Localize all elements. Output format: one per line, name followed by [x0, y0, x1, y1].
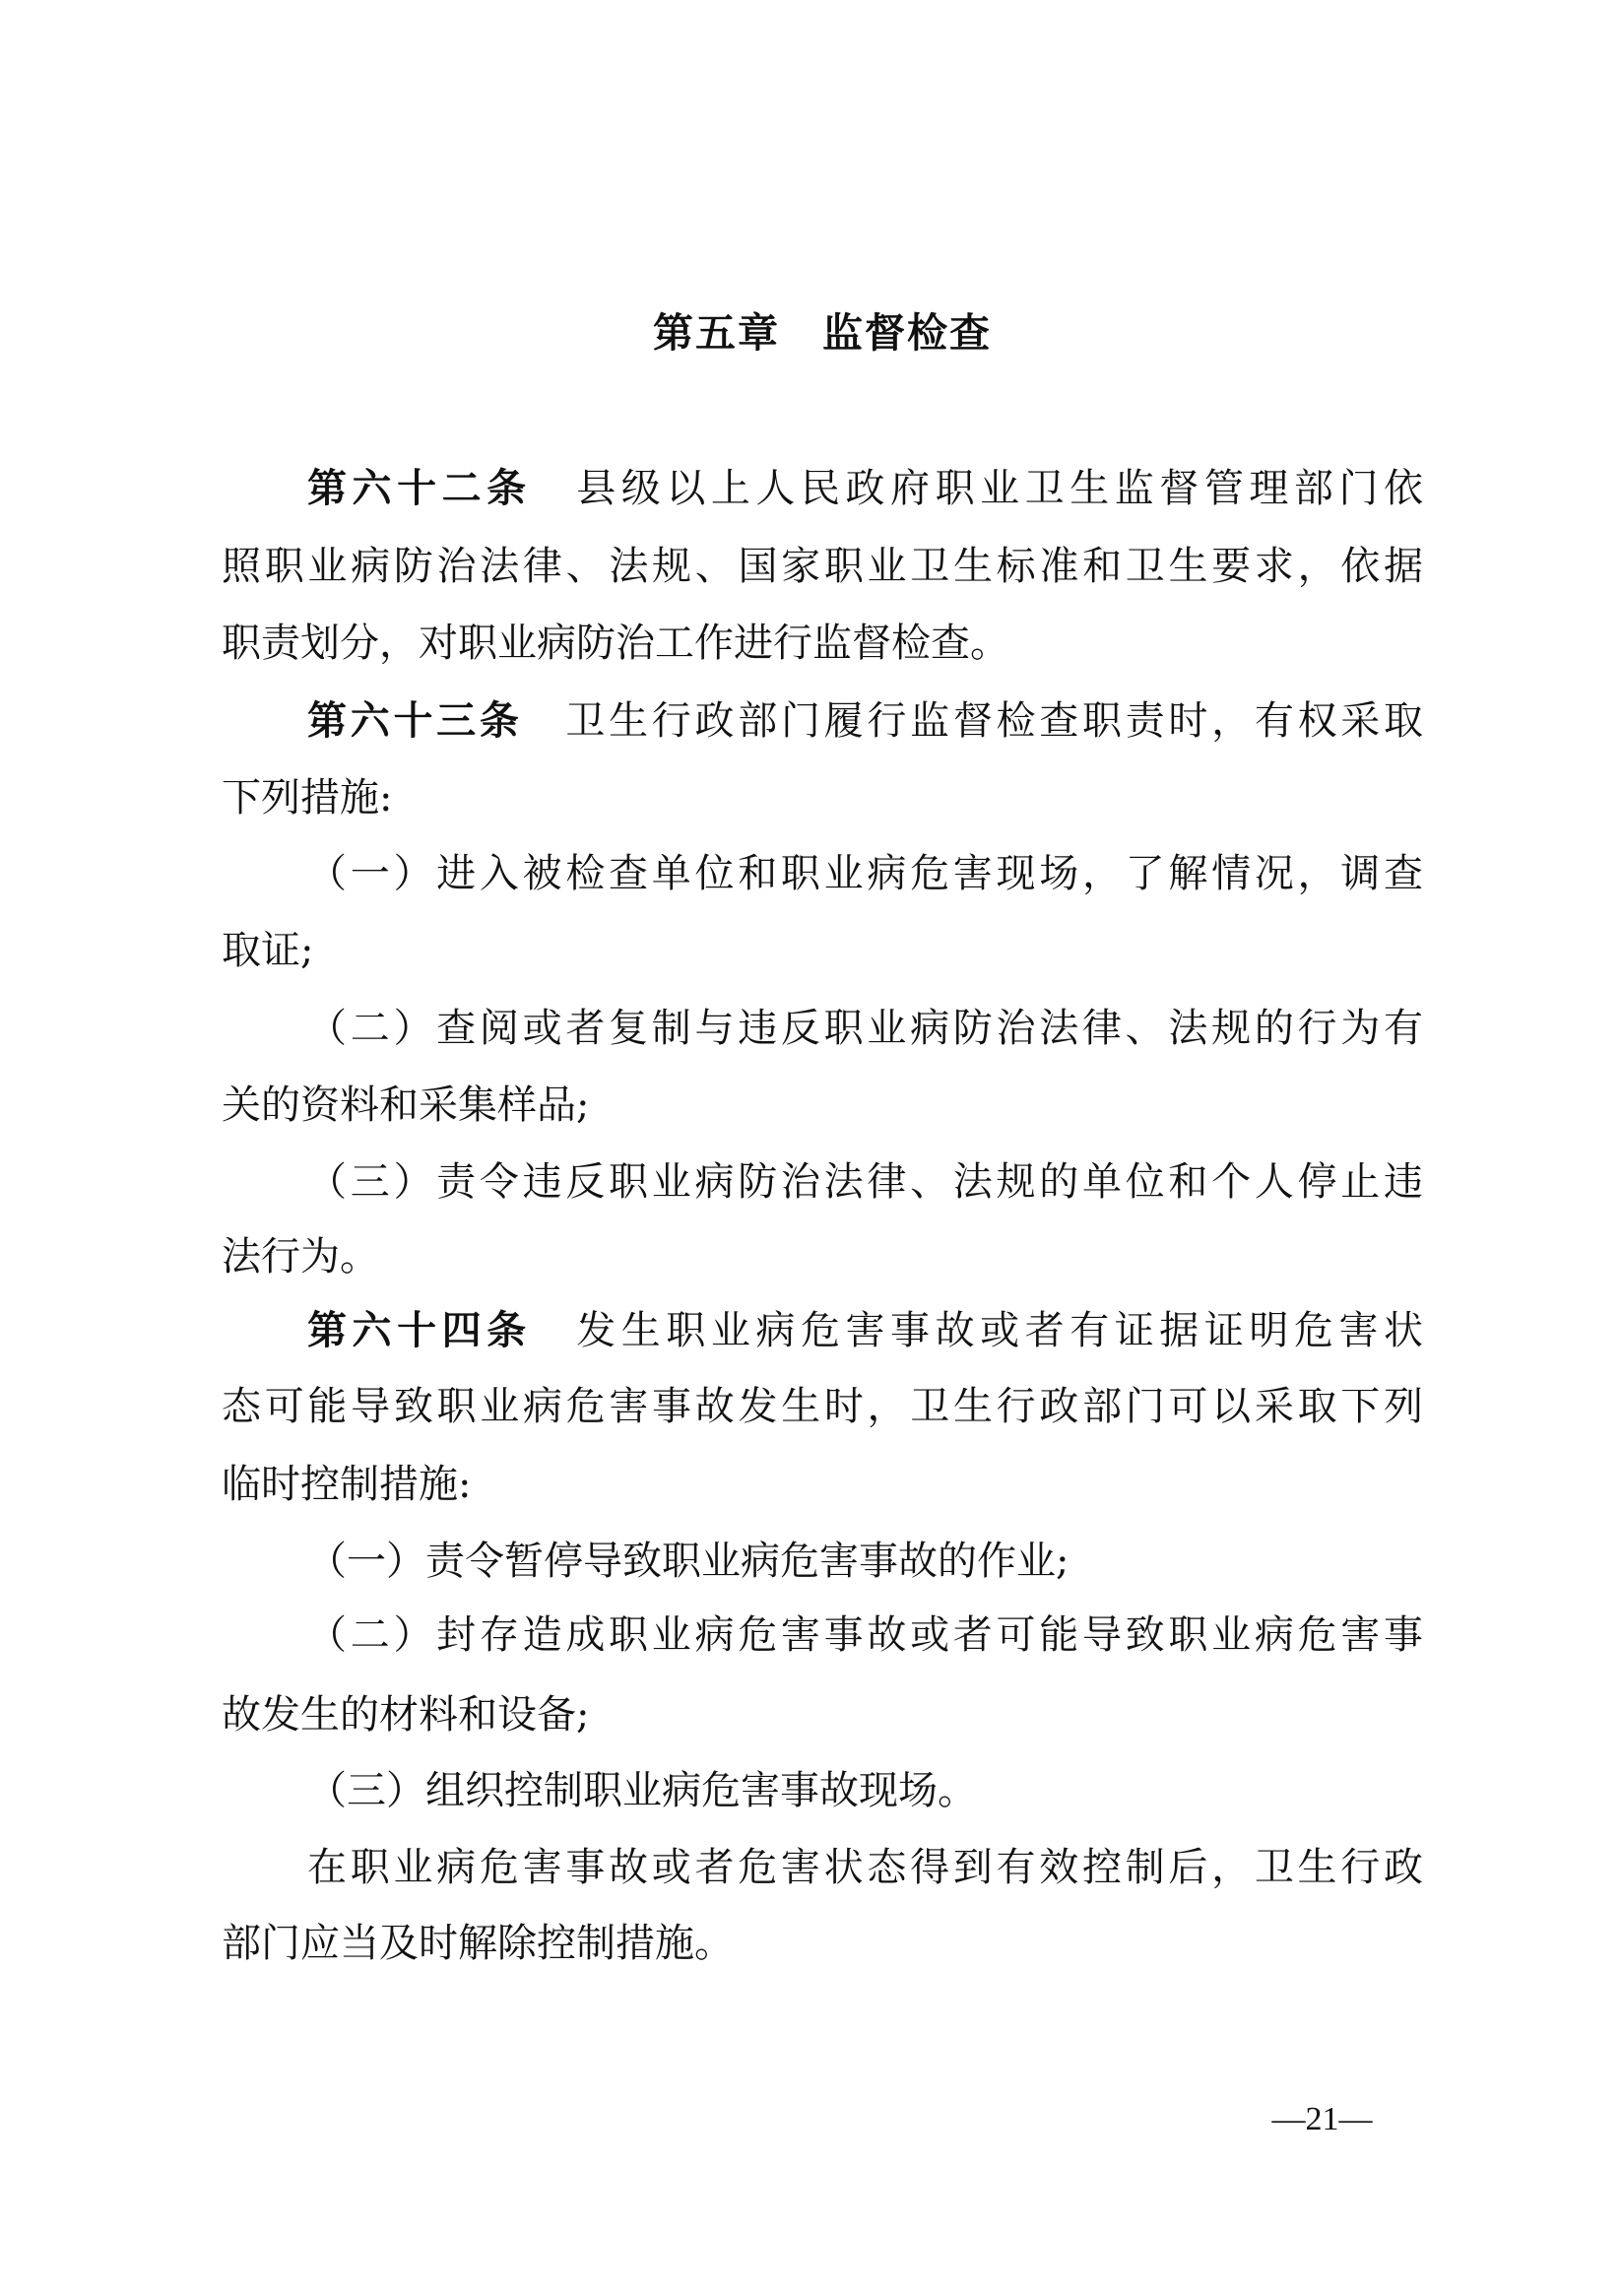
document-page: 第五章 监督检查 第六十二条 县级以上人民政府职业卫生监督管理部门依 照职业病防…: [0, 0, 1621, 2296]
article-64-line-1: 第六十四条 发生职业病危害事故或者有证据证明危害状: [307, 1305, 1423, 1356]
article-text: 卫生行政部门履行监督检查职责时，有权采取: [565, 698, 1423, 744]
article-63-line-1: 第六十三条 卫生行政部门履行监督检查职责时，有权采取: [307, 695, 1423, 747]
article-64-line-3: 临时控制措施:: [222, 1459, 1423, 1510]
article-63-item-3-line-1: （三）责令违反职业病防治法律、法规的单位和个人停止违: [307, 1156, 1423, 1208]
article-64-item-3-line-1: （三）组织控制职业病危害事故现场。: [307, 1765, 1423, 1816]
article-text: 发生职业病危害事故或者有证据证明危害状: [576, 1308, 1423, 1353]
article-number: 第六十二条: [307, 466, 532, 511]
article-62-line-2: 照职业病防治法律、法规、国家职业卫生标准和卫生要求，依据: [222, 541, 1423, 592]
article-62-line-1: 第六十二条 县级以上人民政府职业卫生监督管理部门依: [307, 463, 1423, 514]
article-62-line-3: 职责划分，对职业病防治工作进行监督检查。: [222, 618, 1423, 669]
article-number: 第六十三条: [307, 698, 523, 744]
article-63-item-2-line-1: （二）查阅或者复制与违反职业病防治法律、法规的行为有: [307, 1003, 1423, 1054]
article-64-item-1-line-1: （一）责令暂停导致职业病危害事故的作业;: [307, 1536, 1423, 1587]
article-63-item-1-line-1: （一）进入被检查单位和职业病危害现场，了解情况，调查: [307, 848, 1423, 899]
article-63-item-2-line-2: 关的资料和采集样品;: [222, 1080, 1423, 1131]
article-64-item-2-line-2: 故发生的材料和设备;: [222, 1689, 1423, 1740]
chapter-title: 第五章 监督检查: [222, 307, 1423, 359]
page-number: —21—: [1261, 2100, 1384, 2139]
article-63-item-1-line-2: 取证;: [222, 925, 1423, 976]
article-63-line-2: 下列措施:: [222, 772, 1423, 823]
article-64-closing-line-1: 在职业病危害事故或者危害状态得到有效控制后，卫生行政: [307, 1842, 1423, 1893]
article-text: 县级以上人民政府职业卫生监督管理部门依: [576, 466, 1423, 511]
article-64-closing-line-2: 部门应当及时解除控制措施。: [222, 1918, 1423, 1969]
article-64-line-2: 态可能导致职业病危害事故发生时，卫生行政部门可以采取下列: [222, 1381, 1423, 1432]
article-64-item-2-line-1: （二）封存造成职业病危害事故或者可能导致职业病危害事: [307, 1609, 1423, 1661]
article-63-item-3-line-2: 法行为。: [222, 1231, 1423, 1282]
article-number: 第六十四条: [307, 1308, 532, 1353]
